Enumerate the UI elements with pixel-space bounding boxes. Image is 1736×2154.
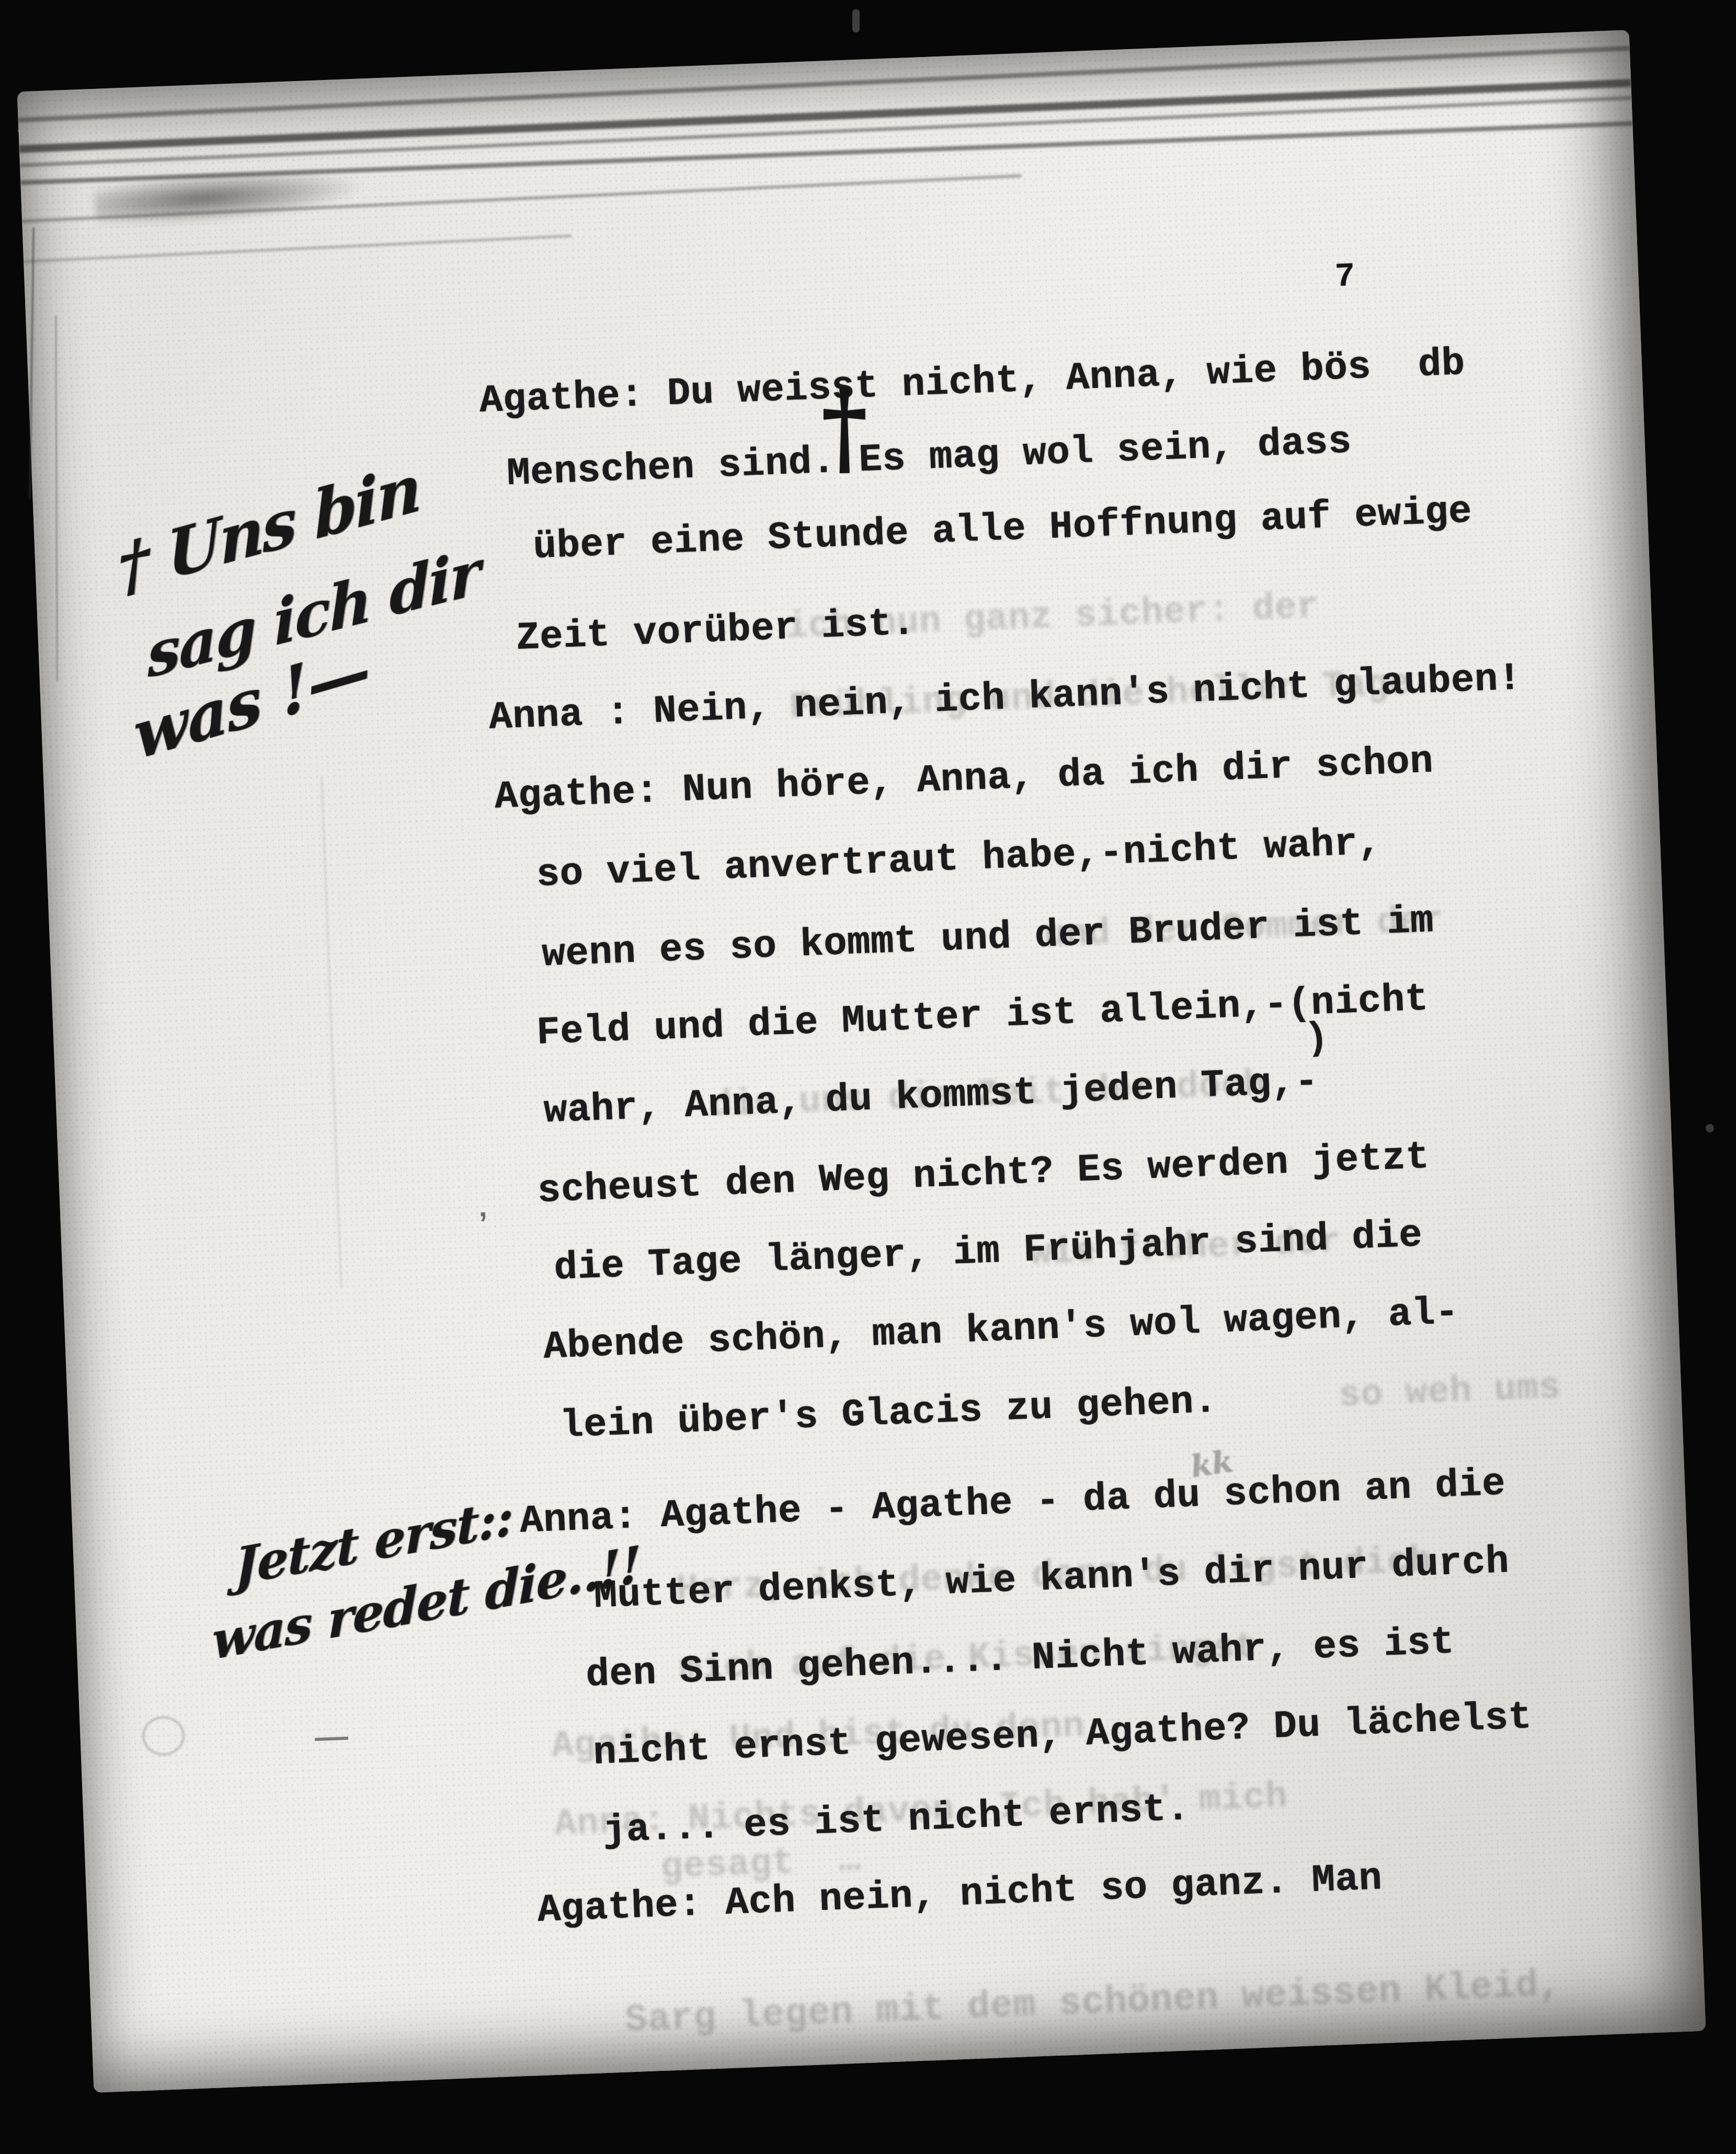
typed-line: scheust den Weg nicht? Es werden jetzt xyxy=(537,1138,1430,1210)
paper-stack-edge-line xyxy=(24,235,572,263)
typed-line: Menschen sind. Es mag wol sein, dass xyxy=(506,422,1352,494)
typed-line: die Tage länger, im Frühjahr sind die xyxy=(553,1216,1423,1288)
typed-line: Anna : Nein, nein, ich kann's nicht glau… xyxy=(488,659,1522,738)
typed-line: Feld und die Mutter ist allein,-(nicht xyxy=(536,980,1429,1052)
typed-line: Mutter denkst, wie kann's dir nur durch xyxy=(593,1542,1510,1616)
typed-line: wahr, Anna, du kommst jeden Tag,- xyxy=(543,1063,1319,1131)
tiny-handwritten-note: kk xyxy=(1189,1443,1235,1484)
small-dash-mark xyxy=(315,1737,348,1741)
scan-viewport: { "document": { "description": "Scanned … xyxy=(0,0,1736,2154)
typed-line: Agathe: Nun höre, Anna, da ich dir schon xyxy=(494,742,1434,817)
typed-line: über eine Stunde alle Hoffnung auf ewige xyxy=(532,492,1472,567)
typed-line: Abende schön, man kann's wol wagen, al- xyxy=(543,1293,1459,1367)
typed-line: Agathe: Du weisst nicht, Anna, wie bös d… xyxy=(479,345,1466,421)
page-number: 7 xyxy=(1334,260,1356,294)
typed-line: lein über's Glacis zu gehen. xyxy=(559,1382,1218,1446)
typed-line: ja... es ist nicht ernst. xyxy=(602,1790,1191,1851)
left-stack-edge xyxy=(29,227,35,499)
corner-smudge xyxy=(93,162,368,231)
bleedthrough-line: so weh ums xyxy=(1338,1370,1561,1415)
insertion-stroke-mark: † xyxy=(821,376,868,479)
typed-line: Anna: Agathe - Agathe - da du schon an d… xyxy=(519,1464,1506,1541)
paper-grain-texture xyxy=(17,30,1706,2093)
typed-line: den Sinn gehen.... Nicht wahr, es ist xyxy=(585,1623,1455,1695)
raised-paren-mark: ) xyxy=(1303,1018,1330,1059)
bleedthrough-line: Sarg legen mit dem schönen weissen Kleid… xyxy=(624,1966,1562,2040)
stray-apostrophe-mark: ʼ xyxy=(473,1210,493,1242)
scanner-dust-speck xyxy=(852,9,860,32)
manuscript-page: 7 ich nun ganz sicher: der Frühling und … xyxy=(17,30,1706,2093)
typed-line: wenn es so kommt und der Bruder ist im xyxy=(541,902,1434,975)
typed-line: so viel anvertraut habe,-nicht wahr, xyxy=(535,824,1381,895)
paper-crease xyxy=(321,776,342,1288)
typed-line: Zeit vorüber ist. xyxy=(516,604,916,658)
faint-ring-stain xyxy=(141,1715,186,1757)
paper-stack-edge-line xyxy=(18,46,1630,122)
scanner-dust-speck xyxy=(1706,1124,1714,1132)
left-stack-edge xyxy=(55,315,58,681)
paper-stack-edge-line xyxy=(19,79,1631,153)
